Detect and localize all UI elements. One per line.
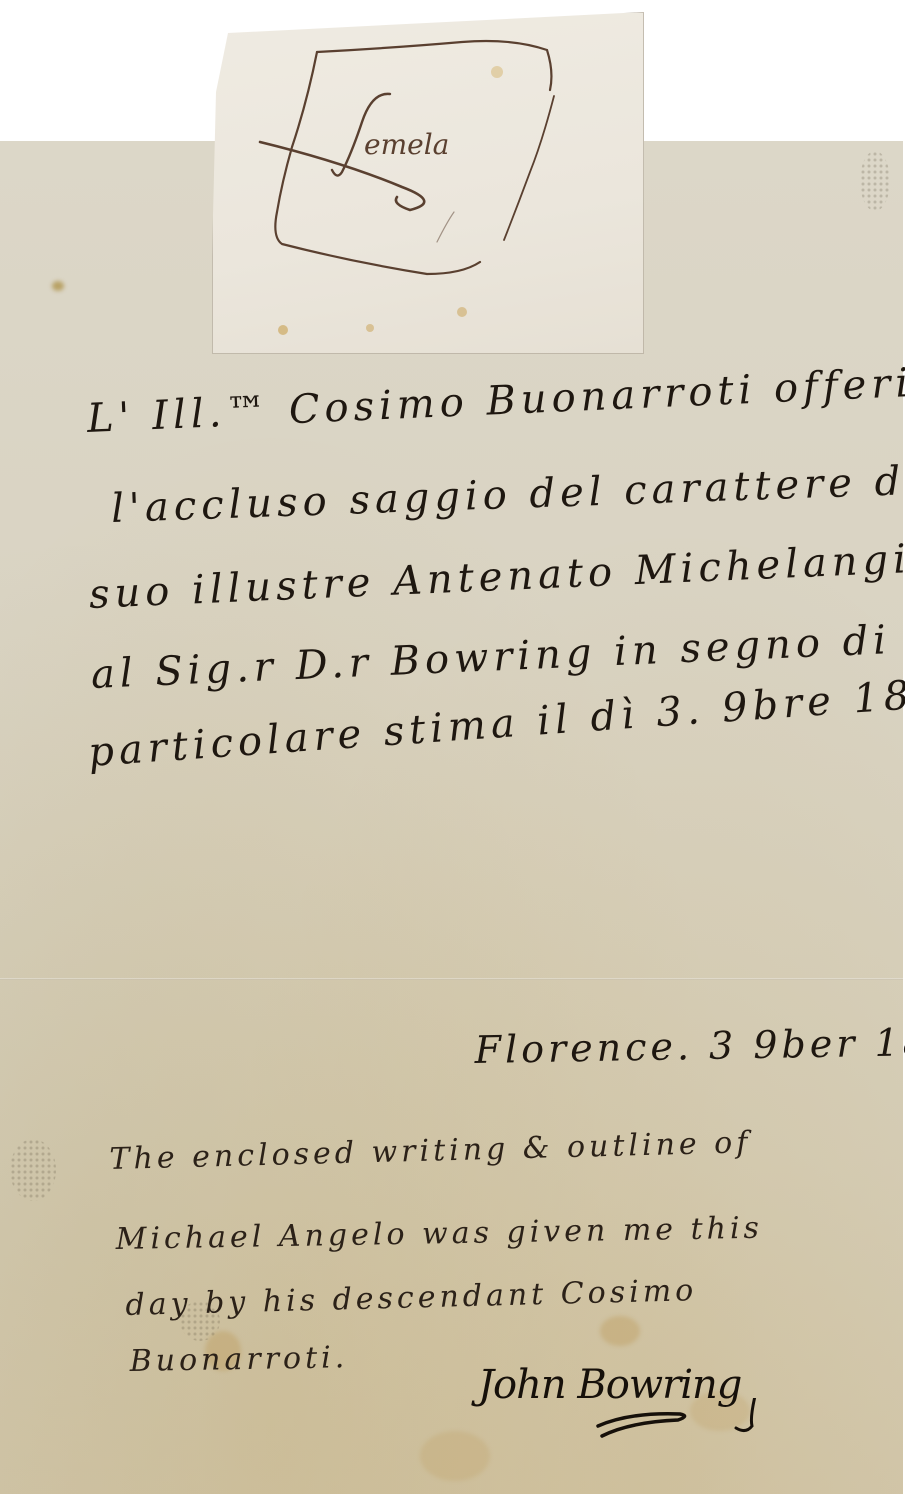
fold-line (0, 978, 903, 980)
stain (52, 281, 64, 291)
dateline: Florence. 3 9ber 1836 (474, 1019, 905, 1072)
english-line-4: Buonarroti. (129, 1340, 348, 1379)
stain (600, 1316, 640, 1346)
foxing-mark (860, 151, 890, 211)
autograph-drawing: emela (212, 12, 644, 354)
pasted-autograph-slip: emela (212, 12, 644, 354)
signature-flourish (590, 1398, 780, 1458)
foxing-mark (10, 1139, 56, 1201)
autograph-fragment-text: emela (364, 128, 449, 161)
stain (420, 1431, 490, 1481)
